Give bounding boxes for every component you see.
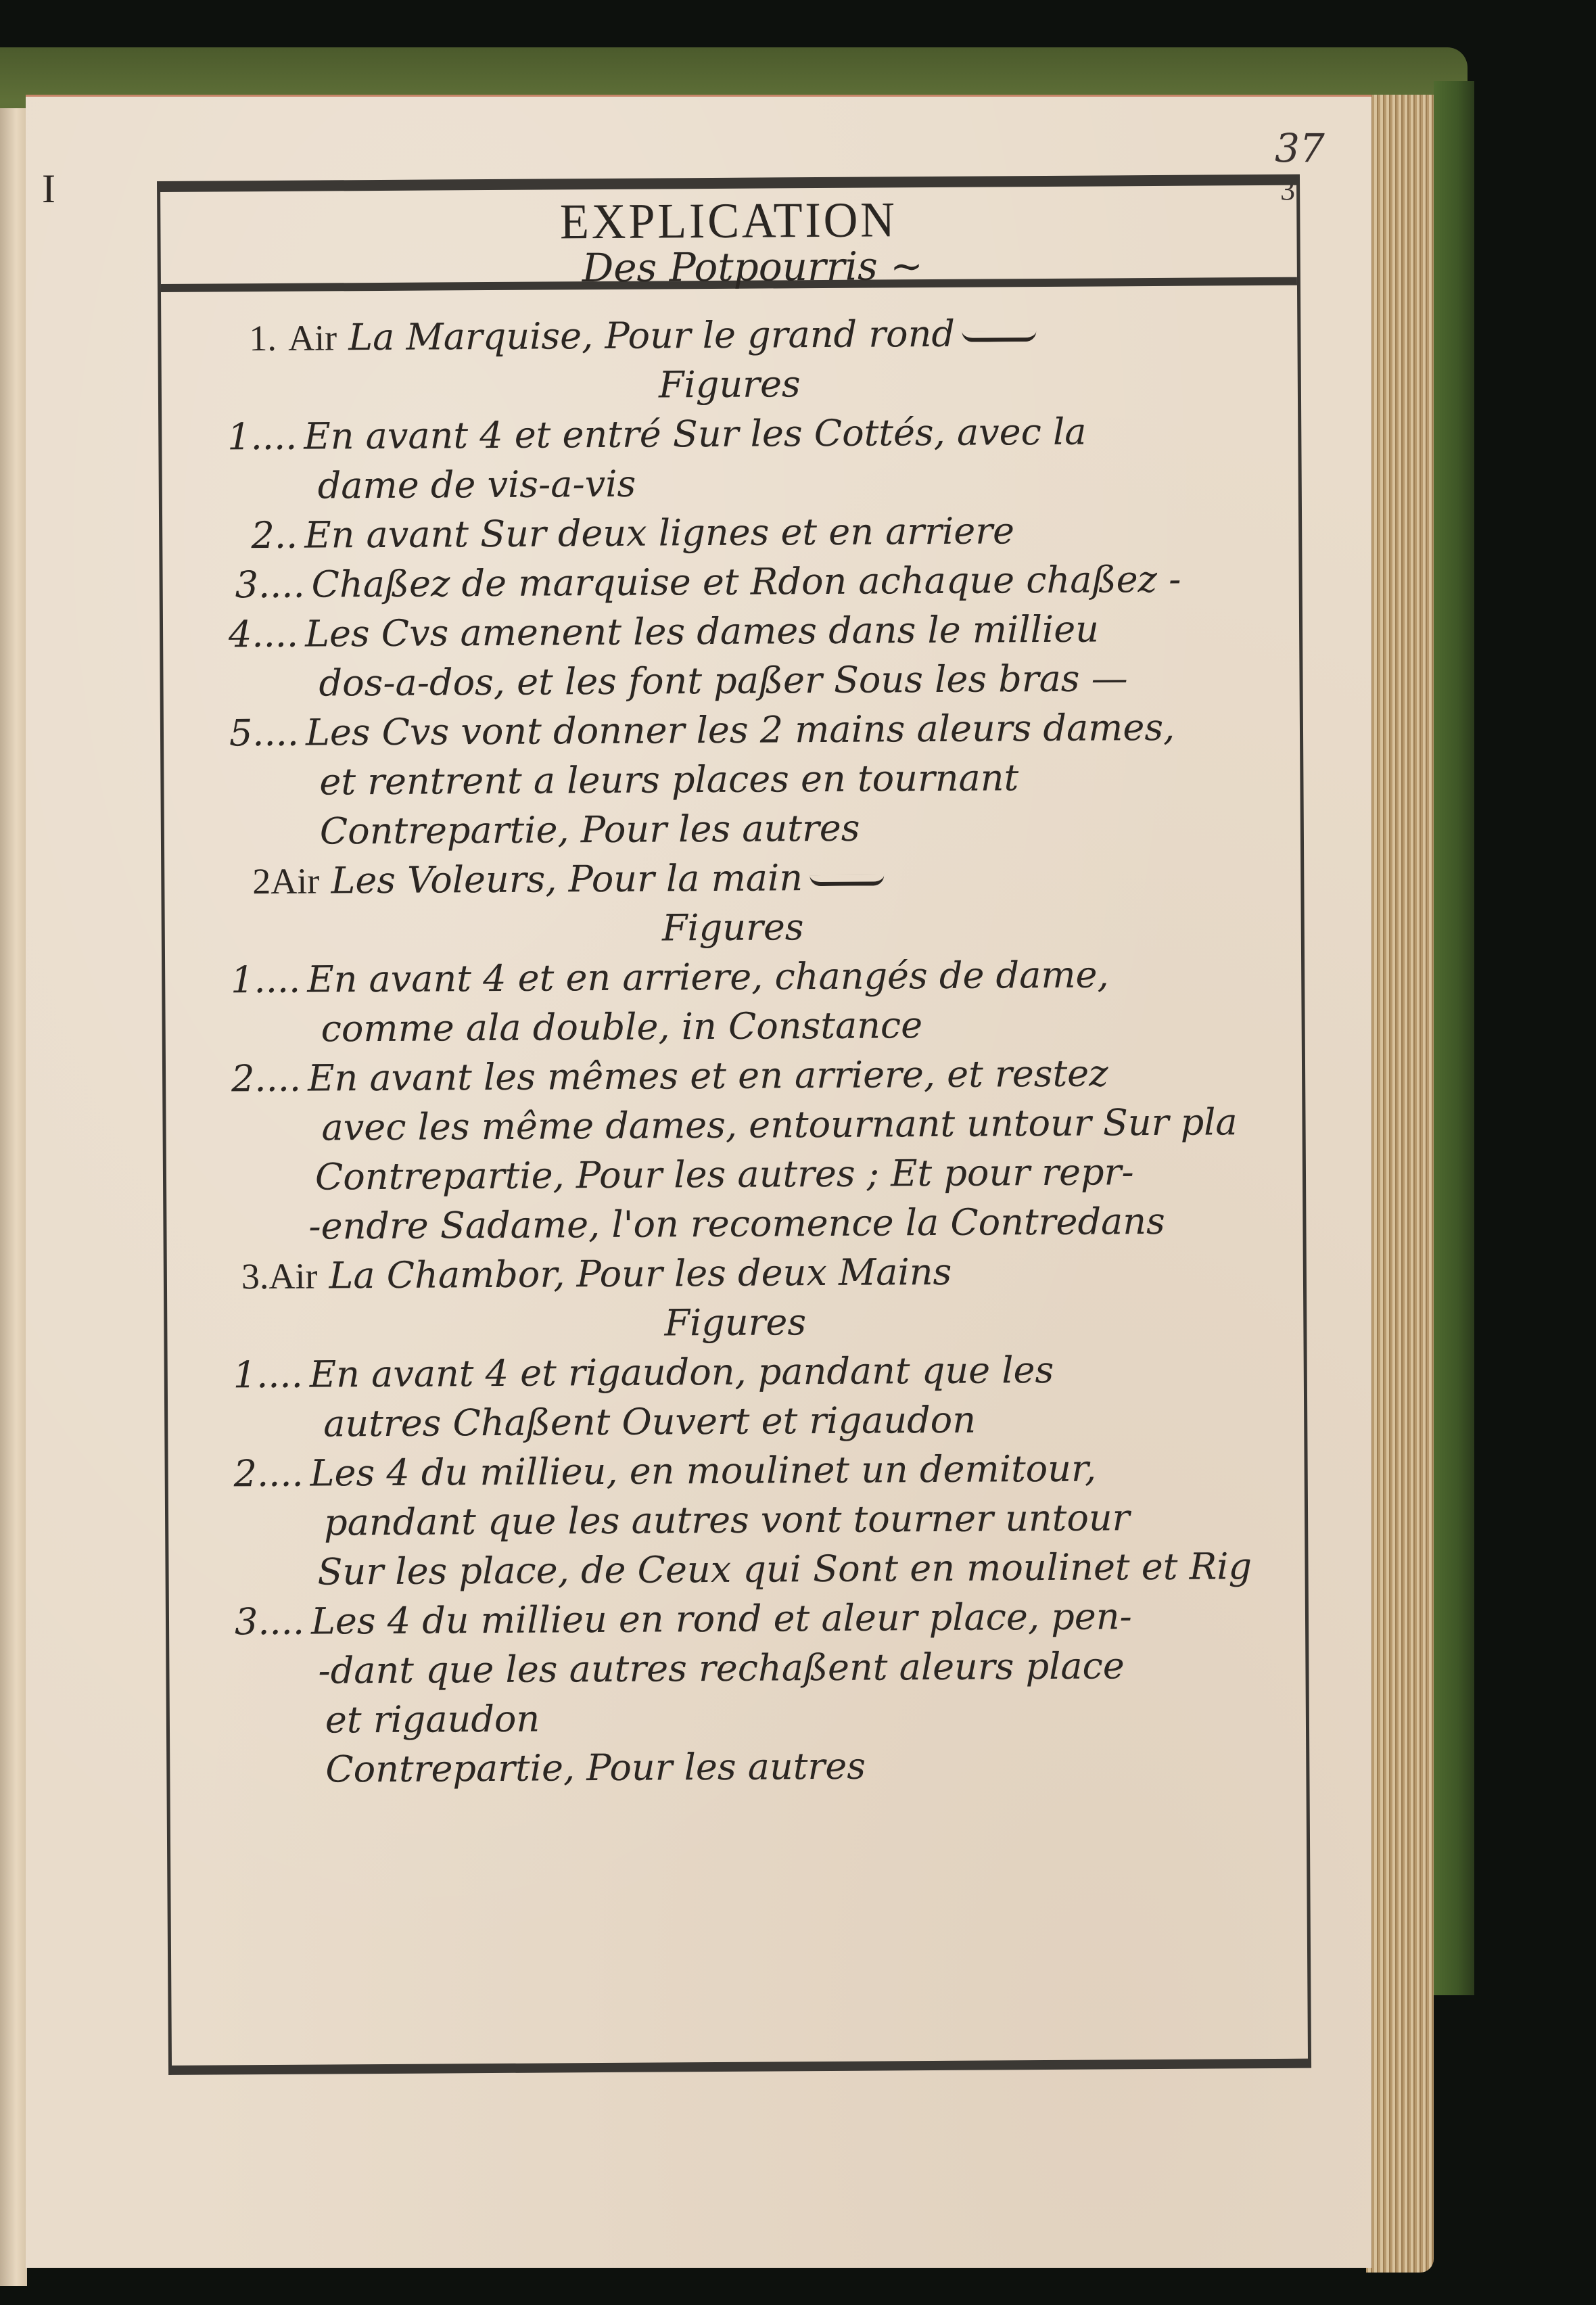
figure-line: 3....Chaßez de marquise et Rdon achaque … xyxy=(311,554,1298,609)
figure-line: dame de vis-a-vis xyxy=(318,455,1298,511)
figure-line: avec les même dames, entournant untour S… xyxy=(321,1097,1302,1152)
figure-line: et rentrent a leurs places en tournant xyxy=(319,751,1300,807)
signature-mark-left: I xyxy=(42,166,55,212)
contrepartie-line: Contrepartie, Pour les autres xyxy=(325,1739,1306,1794)
air-heading: 3.Air La Chambor, Pour les deux Mains xyxy=(309,1245,1303,1301)
figure-line: -dant que les autres rechaßent aleurs pl… xyxy=(318,1640,1305,1696)
figure-line: 4....Les Cvs amenent les dames dans le m… xyxy=(305,603,1299,659)
air-title: La Marquise, Pour le grand rond xyxy=(348,312,955,358)
air-heading: 2Air Les Voleurs, Pour la main xyxy=(320,850,1300,906)
header-box: EXPLICATION Des Potpourris ~ xyxy=(160,185,1297,292)
page-block-edges xyxy=(1366,95,1434,2273)
figure-line: pandant que les autres vont tourner unto… xyxy=(324,1492,1305,1547)
figure-line: 1....En avant 4 et en arriere, changés d… xyxy=(307,949,1301,1004)
figure-line: 2....En avant les mêmes et en arriere, e… xyxy=(308,1048,1302,1103)
facing-page-edge xyxy=(0,108,27,2286)
figure-line: -endre Sadame, l'on recomence la Contred… xyxy=(308,1196,1302,1251)
figure-line: 3....Les 4 du millieu en rond et aleur p… xyxy=(311,1591,1305,1646)
figure-line: autres Chaßent Ouvert et rigaudon xyxy=(323,1393,1304,1449)
figures-heading: Figures xyxy=(167,1295,1303,1351)
swash-flourish xyxy=(809,875,884,886)
figures-heading: Figures xyxy=(162,356,1298,413)
swash-flourish xyxy=(962,331,1036,342)
figure-line: Sur les place, de Ceux qui Sont en mouli… xyxy=(317,1541,1305,1597)
air-title: La Chambor, Pour les deux Mains xyxy=(329,1251,952,1297)
dance-instructions: 1. Air La Marquise, Pour le grand rond F… xyxy=(161,307,1306,1795)
figure-line: 5....Les Cvs vont donner les 2 mains ale… xyxy=(306,702,1300,758)
book-cover-spine-edge xyxy=(1434,81,1474,1995)
figure-line: 1....En avant 4 et entré Sur les Cottés,… xyxy=(304,406,1298,461)
figure-line: comme ala double, in Constance xyxy=(321,998,1301,1054)
figure-line: dos-a-dos, et les font paßer Sous les br… xyxy=(319,653,1299,708)
figure-line: Contrepartie, Pour les autres ; Et pour … xyxy=(315,1146,1302,1202)
figure-line: et rigaudon xyxy=(325,1690,1306,1745)
folio-number: 37 xyxy=(1275,125,1325,171)
contrepartie-line: Contrepartie, Pour les autres xyxy=(320,801,1300,856)
air-title: Les Voleurs, Pour la main xyxy=(331,856,803,902)
figures-heading: Figures xyxy=(165,900,1301,956)
page-subtitle: Des Potpourris ~ xyxy=(208,243,1297,291)
figure-line: 1....En avant 4 et rigaudon, pandant que… xyxy=(310,1344,1304,1399)
figure-line: 2..En avant Sur deux lignes et en arrier… xyxy=(304,505,1298,560)
figure-line: 2....Les 4 du millieu, en moulinet un de… xyxy=(310,1443,1304,1498)
engraved-frame: EXPLICATION Des Potpourris ~ 1. Air La M… xyxy=(157,174,1311,2075)
page-title: EXPLICATION xyxy=(189,192,1268,250)
air-heading: 1. Air La Marquise, Pour le grand rond xyxy=(316,307,1297,363)
